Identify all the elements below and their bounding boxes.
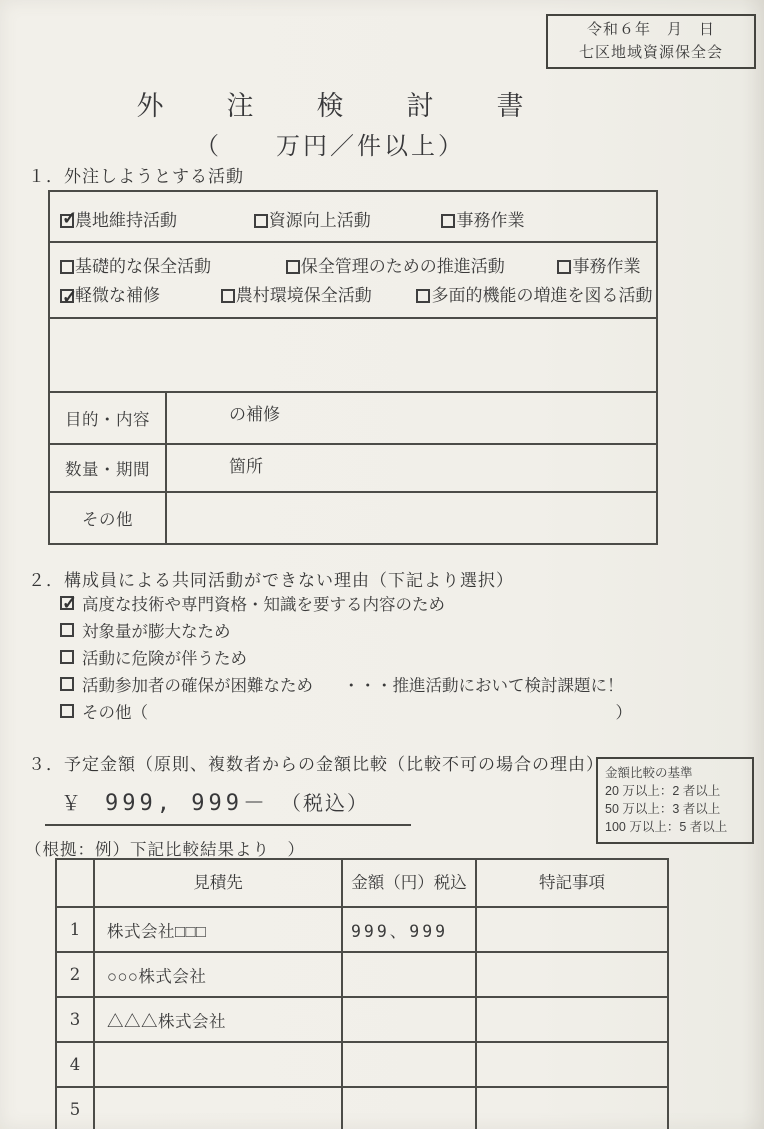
reason-label: 活動参加者の確保が困難なため <box>82 673 313 700</box>
reason-item: 高度な技術や専門資格・知識を要する内容のため <box>60 592 638 619</box>
detail-label: 目的・内容 <box>50 393 167 443</box>
checkbox-label: 基礎的な保全活動 <box>75 257 211 276</box>
row-number: 1 <box>56 907 94 952</box>
reason-label: 高度な技術や専門資格・知識を要する内容のため <box>82 592 445 619</box>
header-vendor: 見積先 <box>94 859 342 907</box>
activity-option: 基礎的な保全活動 <box>60 257 211 276</box>
reason-label: 活動に危険が伴うため <box>82 646 247 673</box>
detail-label: 数量・期間 <box>50 445 167 491</box>
document-subtitle: （ 万円／件以上） <box>0 126 660 161</box>
reason-item-other: その他（） <box>60 700 638 727</box>
checkbox-label: 資源向上活動 <box>269 211 371 230</box>
checkbox-icon[interactable] <box>60 260 74 274</box>
checkbox-label: 保全管理のための推進活動 <box>301 257 505 276</box>
checkbox-icon[interactable] <box>441 214 455 228</box>
checkbox-label: 事務作業 <box>456 211 524 230</box>
activity-option: 多面的機能の増進を図る活動 <box>416 286 652 305</box>
document-title: 外 注 検 討 書 <box>0 84 660 123</box>
activity-option: 資源向上活動 <box>254 211 371 230</box>
detail-row-other: その他 <box>50 493 656 543</box>
header-no <box>56 859 94 907</box>
activity-option: 事務作業 <box>441 211 524 230</box>
vendor-name <box>94 1087 342 1129</box>
checkbox-icon[interactable] <box>60 596 74 610</box>
criteria-line: 100 万以上：5 者以上 <box>605 818 745 836</box>
table-row: 3 △△△株式会社 <box>56 997 668 1042</box>
row-number: 2 <box>56 952 94 997</box>
checkbox-icon[interactable] <box>416 289 430 303</box>
currency-symbol: ￥ <box>61 793 83 815</box>
detail-value: 箇所 <box>167 445 656 491</box>
basis-note: （根拠：例）下記比較結果より ） <box>25 836 305 860</box>
special-notes <box>476 997 668 1042</box>
special-notes <box>476 1087 668 1129</box>
reason-note: ・・・推進活動において検討課題に！ <box>343 673 624 700</box>
table-row: 5 <box>56 1087 668 1129</box>
activity-row-2: 基礎的な保全活動 保全管理のための推進活動 事務作業 軽微な補修 農村環境保全活… <box>50 243 656 319</box>
scanned-form-page: 令和６年 月 日 七区地域資源保全会 外 注 検 討 書 （ 万円／件以上） １… <box>0 0 764 1129</box>
checkbox-icon[interactable] <box>557 260 571 274</box>
quote-amount <box>342 997 476 1042</box>
checkbox-icon[interactable] <box>254 214 268 228</box>
special-notes <box>476 907 668 952</box>
criteria-line: 50 万以上：3 者以上 <box>605 800 745 818</box>
detail-value: の補修 <box>167 393 656 443</box>
detail-row-purpose: 目的・内容 の補修 <box>50 393 656 445</box>
document-title-block: 外 注 検 討 書 （ 万円／件以上） <box>0 84 660 161</box>
checkbox-icon[interactable] <box>286 260 300 274</box>
vendor-name: 株式会社□□□ <box>94 907 342 952</box>
header-notes: 特記事項 <box>476 859 668 907</box>
activity-option: 保全管理のための推進活動 <box>286 257 505 276</box>
quote-amount <box>342 1087 476 1129</box>
activity-option: 事務作業 <box>557 257 640 276</box>
reason-item: 対象量が膨大なため <box>60 619 638 646</box>
checkbox-label: 多面的機能の増進を図る活動 <box>431 286 652 305</box>
section1-activity-box: 農地維持活動 資源向上活動 事務作業 基礎的な保全活動 保全管理のための推進活動… <box>48 190 658 545</box>
row-number: 3 <box>56 997 94 1042</box>
detail-value <box>167 493 656 543</box>
comparison-criteria-box: 金額比較の基準 20 万以上：2 者以上 50 万以上：3 者以上 100 万以… <box>596 757 754 844</box>
criteria-line: 20 万以上：2 者以上 <box>605 782 745 800</box>
reason-label: その他（ <box>82 700 148 727</box>
amount-suffix: （税込） <box>291 793 369 815</box>
checkbox-label: 軽微な補修 <box>75 286 160 305</box>
quote-amount <box>342 1042 476 1087</box>
checkbox-icon[interactable] <box>60 214 74 228</box>
activity-option: 農地維持活動 <box>60 211 177 230</box>
checkbox-icon[interactable] <box>60 650 74 664</box>
closing-paren: ） <box>616 700 639 727</box>
checkbox-icon[interactable] <box>60 623 74 637</box>
table-row: 2 ○○○株式会社 <box>56 952 668 997</box>
checkbox-label: 事務作業 <box>572 257 640 276</box>
table-row: 1 株式会社□□□ 999、999 <box>56 907 668 952</box>
checkbox-label: 農地維持活動 <box>75 211 177 230</box>
vendor-name <box>94 1042 342 1087</box>
checkbox-icon[interactable] <box>221 289 235 303</box>
activity-row-1: 農地維持活動 資源向上活動 事務作業 <box>50 192 656 243</box>
detail-label: その他 <box>50 493 167 543</box>
activity-line: 軽微な補修 農村環境保全活動 多面的機能の増進を図る活動 <box>60 281 656 310</box>
checkbox-icon[interactable] <box>60 289 74 303</box>
detail-row-quantity: 数量・期間 箇所 <box>50 445 656 493</box>
row-number: 4 <box>56 1042 94 1087</box>
criteria-title: 金額比較の基準 <box>605 764 745 782</box>
section1-heading: １．外注しようとする活動 <box>28 162 244 187</box>
vendor-name: ○○○株式会社 <box>94 952 342 997</box>
amount-value: 999, 999－ <box>105 791 269 816</box>
checkbox-label: 農村環境保全活動 <box>236 286 372 305</box>
special-notes <box>476 1042 668 1087</box>
section3-heading: ３．予定金額（原則、複数者からの金額比較（比較不可の場合の理由） <box>28 750 604 775</box>
section2-heading: ２．構成員による共同活動ができない理由（下記より選択） <box>28 566 514 591</box>
section2-reason-list: 高度な技術や専門資格・知識を要する内容のため 対象量が膨大なため 活動に危険が伴… <box>60 592 638 727</box>
organization-name: 七区地域資源保全会 <box>548 41 754 64</box>
date-line: 令和６年 月 日 <box>548 18 754 41</box>
header-amount: 金額（円）税込 <box>342 859 476 907</box>
special-notes <box>476 952 668 997</box>
vendor-name: △△△株式会社 <box>94 997 342 1042</box>
table-row: 4 <box>56 1042 668 1087</box>
reason-item: 活動参加者の確保が困難なため・・・推進活動において検討課題に！ <box>60 673 638 700</box>
activity-option: 軽微な補修 <box>60 286 160 305</box>
row-number: 5 <box>56 1087 94 1129</box>
quote-amount: 999、999 <box>342 907 476 952</box>
table-header-row: 見積先 金額（円）税込 特記事項 <box>56 859 668 907</box>
activity-blank-area <box>50 319 656 393</box>
date-org-box: 令和６年 月 日 七区地域資源保全会 <box>546 14 756 69</box>
reason-label: 対象量が膨大なため <box>82 619 231 646</box>
activity-option: 農村環境保全活動 <box>221 286 372 305</box>
checkbox-icon[interactable] <box>60 677 74 691</box>
quotation-table: 見積先 金額（円）税込 特記事項 1 株式会社□□□ 999、999 2 ○○○… <box>55 858 669 1129</box>
checkbox-icon[interactable] <box>60 704 74 718</box>
reason-item: 活動に危険が伴うため <box>60 646 638 673</box>
quote-amount <box>342 952 476 997</box>
activity-line: 基礎的な保全活動 保全管理のための推進活動 事務作業 <box>60 252 656 281</box>
planned-amount: ￥ 999, 999－ （税込） <box>45 786 411 826</box>
